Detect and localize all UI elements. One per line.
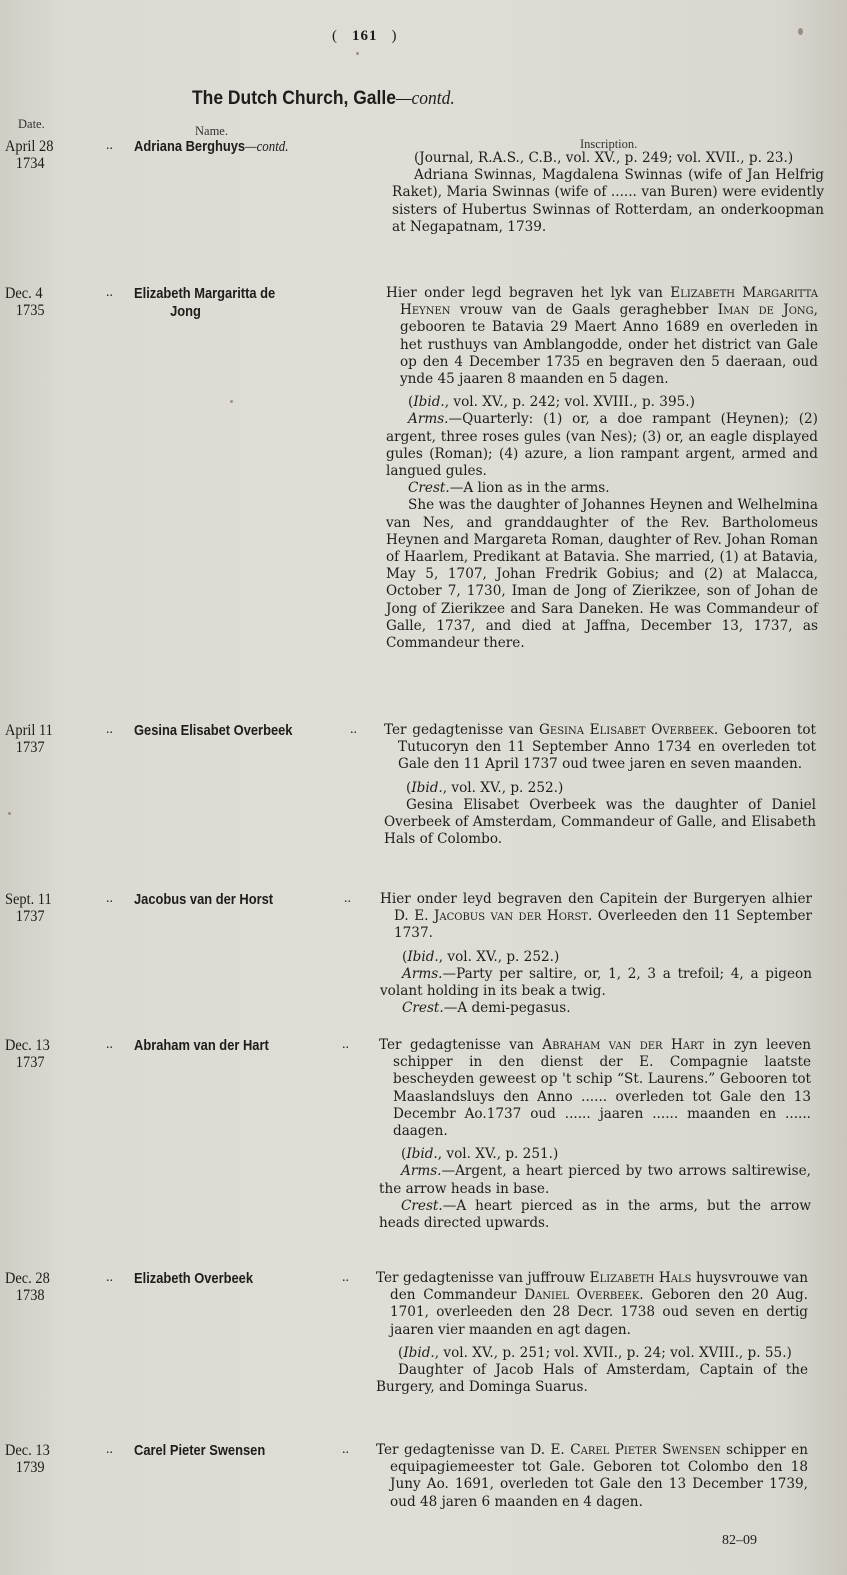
page-number-value: 161 (352, 28, 378, 44)
entry-date-day: April 11 (5, 722, 53, 739)
source-reference: (Journal, R.A.S., C.B., vol. XV., p. 249… (392, 150, 824, 167)
inscription-text: Ter gedagtenisse van Abraham van der Har… (379, 1037, 811, 1140)
entry-date-year: 1737 (5, 1054, 77, 1071)
paper-speck (8, 812, 11, 815)
entry-date-day: April 28 (5, 138, 53, 155)
leader-dots: .. (106, 1270, 113, 1286)
entry-name: Gesina Elisabet Overbeek (134, 722, 349, 740)
entry-date-day: Dec. 13 (5, 1442, 50, 1459)
entry-name-text: Jacobus van der Horst (134, 891, 273, 908)
ibid-abbrev: Ibid. (403, 1345, 434, 1361)
entry-name: Adriana Berghuys—contd. (134, 138, 349, 156)
crest-label: Crest. (402, 1000, 444, 1016)
entry-date-year: 1737 (5, 908, 77, 925)
page-title-text: The Dutch Church, Galle (192, 88, 396, 109)
printer-signature: 82–09 (722, 1533, 757, 1549)
entry-inscription: (Journal, R.A.S., C.B., vol. XV., p. 249… (392, 150, 824, 236)
entry-date-year: 1734 (5, 155, 77, 172)
inscribed-name: Abraham van der Hart (542, 1037, 704, 1053)
leader-dots: .. (342, 1037, 349, 1053)
entry-name-text: Carel Pieter Swensen (134, 1442, 265, 1459)
crest-label: Crest. (401, 1198, 443, 1214)
inscribed-name: Gesina Elisabet Overbeek (539, 722, 714, 738)
entry-date-day: Dec. 4 (5, 285, 43, 302)
entry-name-text: Adriana Berghuys (134, 138, 245, 155)
entry-name-continued: Jong (134, 303, 349, 321)
page-number: (161) (318, 28, 412, 45)
entry-date: April 281734 (5, 138, 77, 172)
entry-name: Jacobus van der Horst (134, 891, 349, 909)
leader-dots: .. (344, 891, 351, 907)
paper-speck (356, 52, 359, 55)
crest-description: Crest.—A heart pierced as in the arms, b… (379, 1198, 811, 1232)
leader-dots: .. (106, 285, 113, 301)
entry-name-text: Elizabeth Margaritta de (134, 285, 275, 302)
arms-label: Arms. (408, 411, 449, 427)
entry-inscription: Ter gedagtenisse van Gesina Elisabet Ove… (384, 722, 816, 848)
entry-name-text: Elizabeth Overbeek (134, 1270, 253, 1287)
entry-name: Elizabeth Overbeek (134, 1270, 349, 1288)
inscribed-name: Elizabeth Hals (590, 1270, 692, 1286)
arms-label: Arms. (401, 1163, 442, 1179)
arms-description: Arms.—Argent, a heart pierced by two arr… (379, 1163, 811, 1197)
entry-name-text: Gesina Elisabet Overbeek (134, 722, 292, 739)
ibid-abbrev: Ibid. (413, 394, 444, 410)
inscription-text: Hier onder legd begraven het lyk van Eli… (386, 285, 818, 388)
entry-date-day: Dec. 13 (5, 1037, 50, 1054)
biographical-note: She was the daughter of Johannes Heynen … (386, 497, 818, 652)
entry-inscription: Ter gedagtenisse van juffrouw Elizabeth … (376, 1270, 808, 1396)
entry-date-year: 1739 (5, 1459, 77, 1476)
arms-description: Arms.—Party per saltire, or, 1, 2, 3 a t… (380, 966, 812, 1000)
entry-date-year: 1737 (5, 739, 77, 756)
source-reference: (Ibid., vol. XV., p. 252.) (384, 780, 816, 797)
inscription-text: Ter gedagtenisse van Gesina Elisabet Ove… (384, 722, 816, 774)
leader-dots: .. (342, 1270, 349, 1286)
entry-date: Dec. 131739 (5, 1442, 77, 1476)
crest-label: Crest. (408, 480, 450, 496)
inscribed-name: Daniel Overbeek (524, 1287, 639, 1303)
entry-date: Dec. 131737 (5, 1037, 77, 1071)
entry-name-text: Abraham van der Hart (134, 1037, 269, 1054)
inscribed-name: Jacobus van der Horst (434, 908, 588, 924)
entry-name: Elizabeth Margaritta deJong (134, 285, 349, 321)
page-title-suffix: —contd. (396, 88, 455, 109)
source-reference: (Ibid., vol. XV., p. 251.) (379, 1146, 811, 1163)
source-reference: (Ibid., vol. XV., p. 252.) (380, 949, 812, 966)
source-reference: (Ibid., vol. XV., p. 242; vol. XVIII., p… (386, 394, 818, 411)
leader-dots: .. (350, 722, 357, 738)
biographical-note: Daughter of Jacob Hals of Amsterdam, Cap… (376, 1362, 808, 1396)
biographical-note: Gesina Elisabet Overbeek was the daughte… (384, 797, 816, 849)
leader-dots: .. (106, 138, 113, 154)
leader-dots: .. (106, 1037, 113, 1053)
column-header-name: Name. (195, 124, 228, 139)
entry-date-year: 1735 (5, 302, 77, 319)
arms-label: Arms. (402, 966, 443, 982)
ibid-abbrev: Ibid. (407, 949, 438, 965)
entry-inscription: Hier onder leyd begraven den Capitein de… (380, 891, 812, 1017)
entry-name: Abraham van der Hart (134, 1037, 349, 1055)
paper-speck (798, 28, 803, 35)
entry-inscription: Hier onder legd begraven het lyk van Eli… (386, 285, 818, 652)
crest-description: Crest.—A lion as in the arms. (386, 480, 818, 497)
entry-date: Dec. 41735 (5, 285, 77, 319)
entry-date: April 111737 (5, 722, 77, 756)
crest-description: Crest.—A demi-pegasus. (380, 1000, 812, 1017)
entry-date: Dec. 281738 (5, 1270, 77, 1304)
entry-date: Sept. 111737 (5, 891, 77, 925)
source-reference: (Ibid., vol. XV., p. 251; vol. XVII., p.… (376, 1345, 808, 1362)
inscription-text: Ter gedagtenisse van juffrouw Elizabeth … (376, 1270, 808, 1339)
leader-dots: .. (342, 1442, 349, 1458)
inscription-text: Ter gedagtenisse van D. E. Carel Pieter … (376, 1442, 808, 1511)
entry-date-day: Sept. 11 (5, 891, 52, 908)
inscribed-name: Iman de Jong (718, 302, 814, 318)
paper-speck (230, 400, 233, 403)
inscribed-name: Carel Pieter Swensen (570, 1442, 720, 1458)
column-header-date: Date. (18, 117, 45, 132)
entry-name-suffix: —contd. (245, 139, 288, 155)
leader-dots: .. (106, 1442, 113, 1458)
entry-name: Carel Pieter Swensen (134, 1442, 349, 1460)
biographical-note: Adriana Swinnas, Magdalena Swinnas (wife… (392, 167, 824, 236)
entry-inscription: Ter gedagtenisse van Abraham van der Har… (379, 1037, 811, 1232)
entry-inscription: Ter gedagtenisse van D. E. Carel Pieter … (376, 1442, 808, 1517)
leader-dots: .. (106, 891, 113, 907)
entry-date-year: 1738 (5, 1287, 77, 1304)
entry-date-day: Dec. 28 (5, 1270, 50, 1287)
inscription-text: Hier onder leyd begraven den Capitein de… (380, 891, 812, 943)
ibid-abbrev: Ibid. (406, 1146, 437, 1162)
arms-description: Arms.—Quarterly: (1) or, a doe rampant (… (386, 411, 818, 480)
ibid-abbrev: Ibid. (411, 780, 442, 796)
page-title: The Dutch Church, Galle—contd. (192, 88, 455, 110)
leader-dots: .. (106, 722, 113, 738)
